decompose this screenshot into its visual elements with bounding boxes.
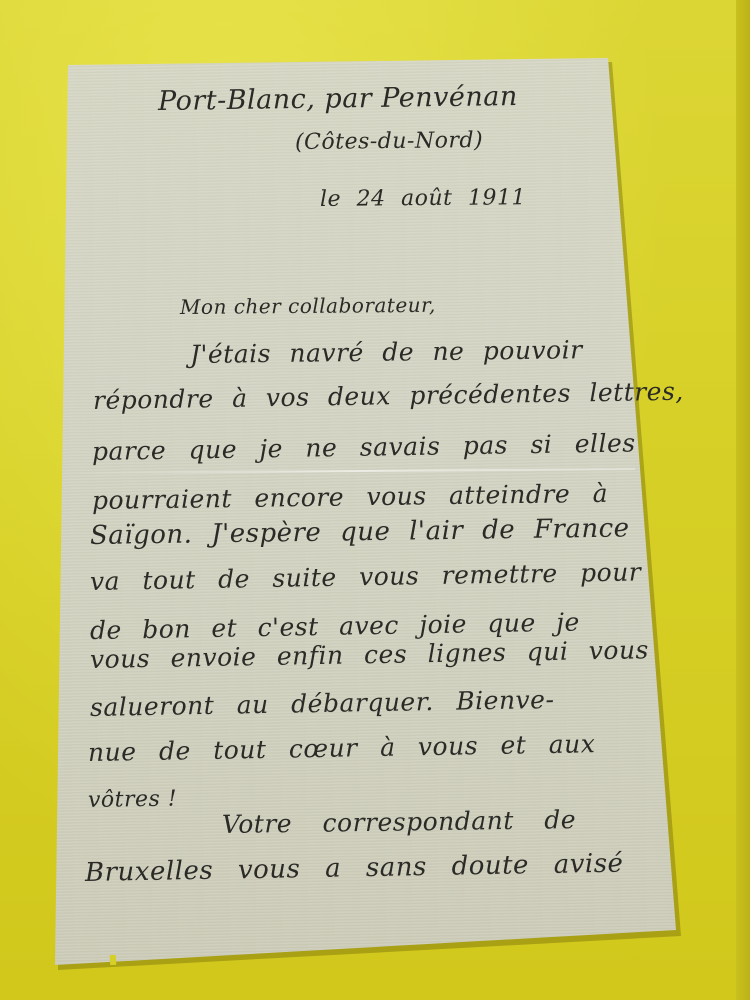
- letter-salutation: Mon cher collaborateur,: [180, 293, 436, 319]
- letter-line: Votre correspondant de: [222, 805, 576, 839]
- letter-line: vôtres !: [88, 786, 178, 813]
- letter-address: Port-Blanc, par Penvénan: [158, 81, 518, 117]
- letter-date: le 24 août 1911: [320, 185, 526, 212]
- letter-line: J'étais navré de ne pouvoir: [190, 335, 583, 369]
- letter-region: (Côtes-du-Nord): [295, 128, 483, 155]
- paper-edge-notch: [110, 955, 117, 965]
- background-edge-band: [736, 0, 750, 1000]
